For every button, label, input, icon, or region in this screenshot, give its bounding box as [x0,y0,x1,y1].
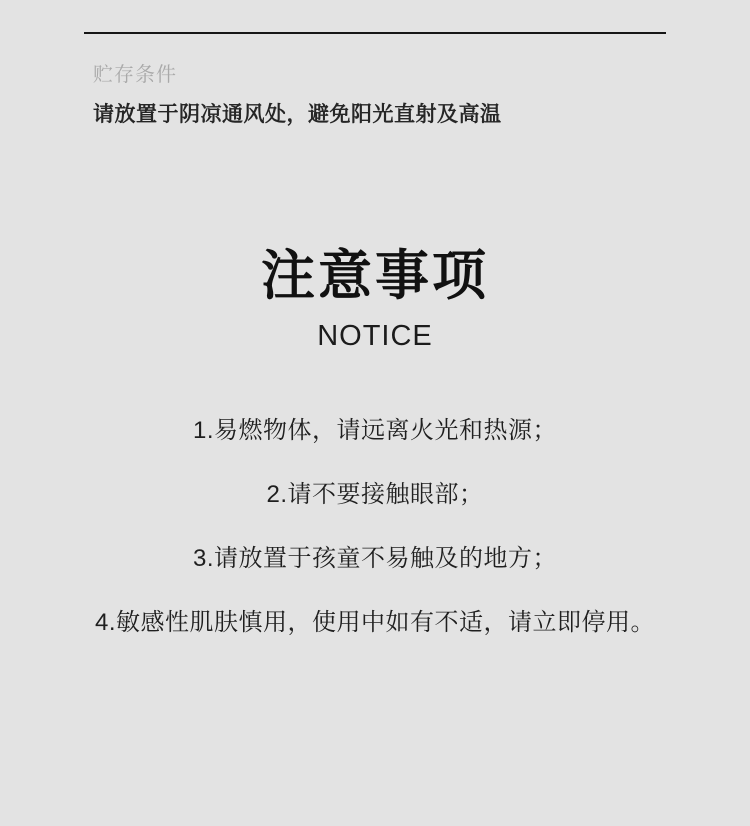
storage-conditions-label: 贮存条件 [93,62,502,88]
notice-title: 注意事项 [0,246,750,306]
notice-item-1: 1.易燃物体，请远离火光和热源； [0,399,750,463]
notice-subtitle: NOTICE [0,320,750,352]
notice-item-3: 3.请放置于孩童不易触及的地方； [0,527,750,591]
notice-item-2: 2.请不要接触眼部； [0,463,750,527]
storage-conditions-block: 贮存条件 请放置于阴凉通风处，避免阳光直射及高温 [93,62,502,129]
product-notice-section: 贮存条件 请放置于阴凉通风处，避免阳光直射及高温 注意事项 NOTICE 1.易… [0,0,750,826]
notice-list: 1.易燃物体，请远离火光和热源； 2.请不要接触眼部； 3.请放置于孩童不易触及… [0,399,750,655]
storage-conditions-text: 请放置于阴凉通风处，避免阳光直射及高温 [93,101,502,129]
notice-item-4: 4.敏感性肌肤慎用，使用中如有不适，请立即停用。 [0,591,750,655]
section-divider [84,32,666,34]
notice-block: 注意事项 NOTICE 1.易燃物体，请远离火光和热源； 2.请不要接触眼部； … [0,246,750,655]
